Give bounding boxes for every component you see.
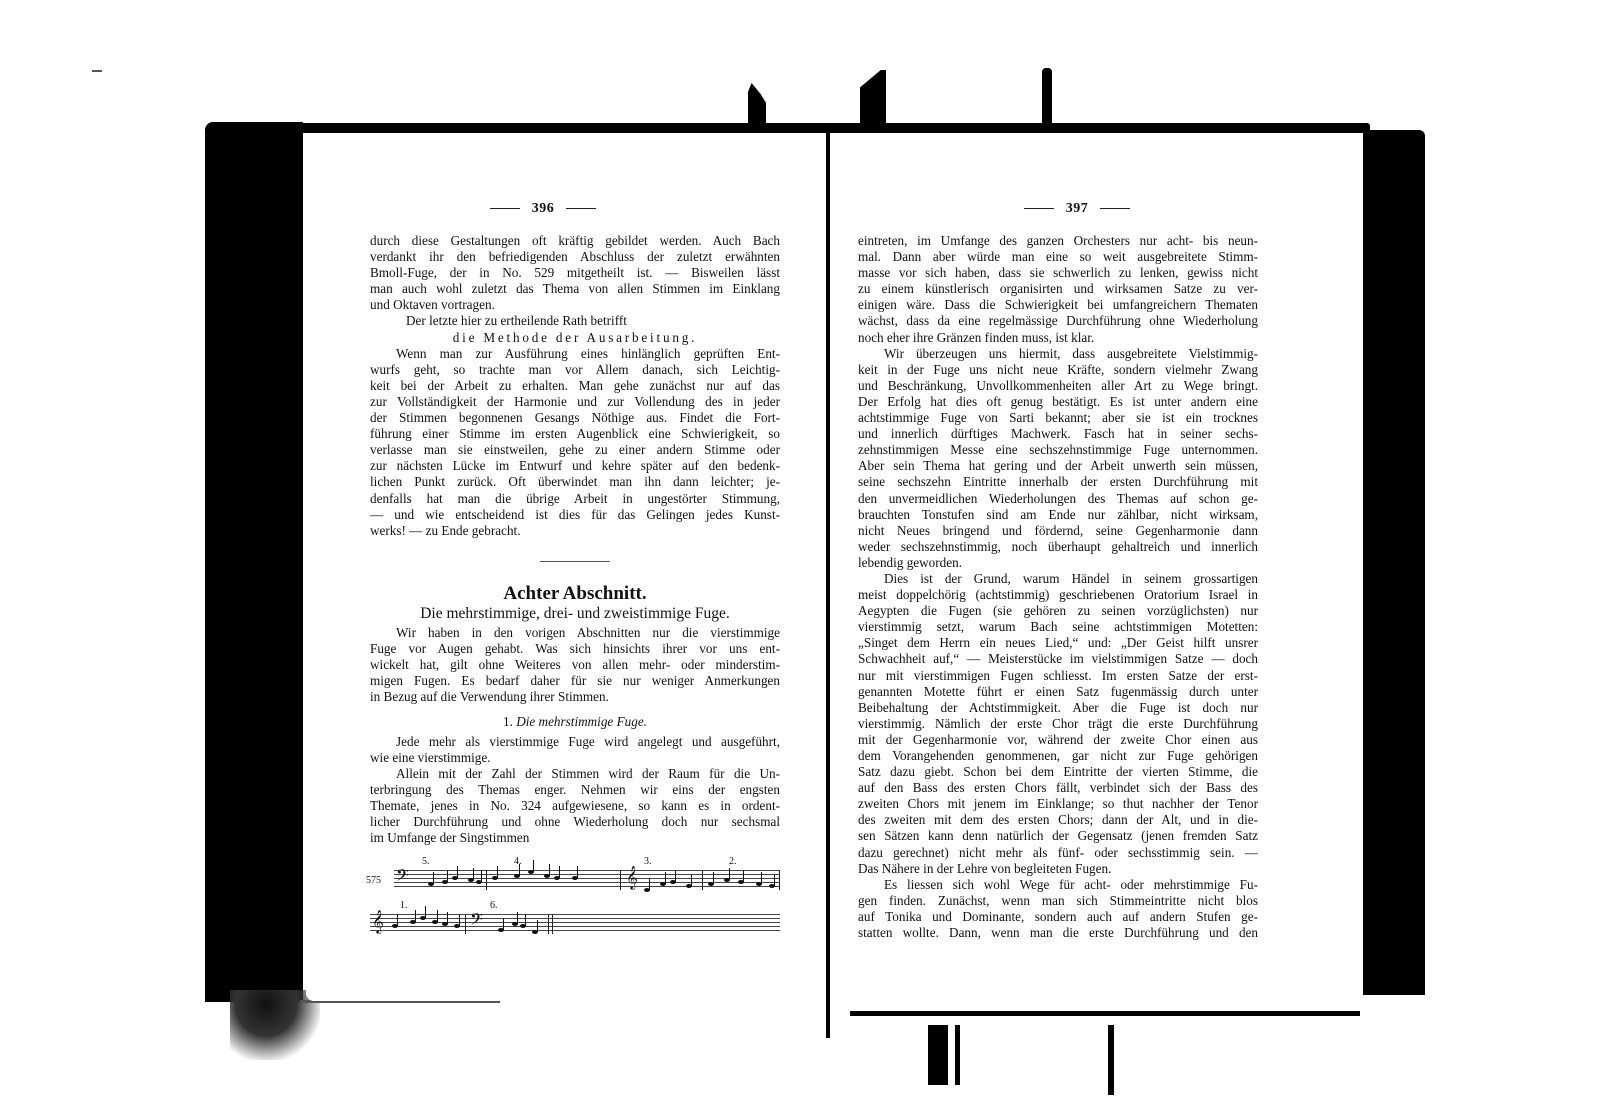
text-line: im Umfange der Singstimmen (370, 830, 780, 846)
text-line: verlasse man sie einstweilen, gehe zu ei… (370, 442, 780, 458)
text-line: weder sechszehnstimmig, noch überhaupt g… (858, 539, 1258, 555)
voice-entry-label: 6. (490, 898, 498, 914)
text-line: Schwachheit auf,“ — Meisterstücke im vie… (858, 651, 1258, 667)
note-stem (473, 868, 474, 880)
bar-line (620, 870, 621, 890)
left-page: 396 durch diese Gestaltungen oft kräftig… (306, 133, 824, 1001)
text-line: Allein mit der Zahl der Stimmen wird der… (370, 766, 780, 782)
note-stem (481, 870, 482, 882)
text-line: zur nächsten Lücke im Entwurf und kehre … (370, 458, 780, 474)
text-line: masse vor sich haben, dass sie schwerlic… (858, 265, 1258, 281)
page-number: 396 (284, 201, 802, 217)
text-line: auf Tonika und Dominante, sondern auch a… (858, 909, 1258, 925)
voice-entry-label: 1. (400, 898, 408, 914)
text-line: dem Vorangehenden genommenen, gar nicht … (858, 748, 1258, 764)
note-stem (425, 906, 426, 918)
voice-entry-label: 2. (729, 854, 737, 870)
text-line: sen Sätzen kann denn natürlich der Gegen… (858, 828, 1258, 844)
text-line: und innerlich dürftiges Machwerk. Fasch … (858, 426, 1258, 442)
paragraph: Wenn man zur Ausführung eines hinlänglic… (370, 346, 780, 539)
subsection-title: Die mehrstimmige Fuge. (516, 714, 647, 729)
text-line: der Stimmen begonnenen Gesangs Nöthige a… (370, 410, 780, 426)
text-line: Es liessen sich wohl Wege für acht- oder… (858, 877, 1258, 893)
page-clip (748, 83, 766, 127)
staff-line (394, 882, 780, 883)
note-stem (549, 864, 550, 876)
text-line: auf den Bass des ersten Chors fällt, ver… (858, 780, 1258, 796)
staff-line (394, 886, 780, 887)
book-spine (826, 133, 830, 1038)
text-line: des zweiten mit dem des ersten Chors; da… (858, 812, 1258, 828)
left-text-block: durch diese Gestaltungen oft kräftig geb… (370, 233, 780, 952)
text-line: migen Fugen. Es bedarf daher für sie nur… (370, 673, 780, 689)
section-heading: Achter Abschnitt. (370, 586, 780, 602)
note-stem (559, 866, 560, 878)
note-stem (415, 910, 416, 922)
text-line: achtstimmige Fuge von Sarti bekannt; abe… (858, 410, 1258, 426)
text-line: zur Vollständigkeit der Harmonie und zur… (370, 394, 780, 410)
staff-line (394, 870, 780, 871)
paragraph: durch diese Gestaltungen oft kräftig geb… (370, 233, 780, 313)
text-line: und Oktaven vortragen. (370, 297, 780, 313)
text-line: wächst, dass da eine regelmässige Durchf… (858, 313, 1258, 329)
text-line: nur mit vierstimmigen Fugen schliesst. I… (858, 668, 1258, 684)
subsection-heading: 1. Die mehrstimmige Fuge. (370, 714, 780, 730)
note-stem (691, 874, 692, 886)
text-line: nicht Neues bringend und fördernd, seine… (858, 523, 1258, 539)
treble-clef-icon: 𝄞 (372, 912, 384, 932)
text-line: meist doppelchörig (achtstimmig) geschri… (858, 587, 1258, 603)
note-stem (517, 912, 518, 924)
text-line: keit bei der Arbeit zu erhalten. Man geh… (370, 378, 780, 394)
staff-line (370, 918, 780, 919)
voice-entry-label: 3. (644, 854, 652, 870)
voice-entry-label: 4. (514, 854, 522, 870)
note-stem (761, 872, 762, 884)
scanned-book-spread: 396 durch diese Gestaltungen oft kräftig… (0, 0, 1600, 1108)
note-stem (519, 864, 520, 876)
text-line: dazu gerechnet) nicht mehr als fünf- ode… (858, 845, 1258, 861)
staff-line (370, 930, 780, 931)
text-line: in Bezug auf die Verwendung ihrer Stimme… (370, 689, 780, 705)
left-cover-edge (205, 122, 303, 1002)
text-line: Satz dazu giebt. Schon bei dem Eintritte… (858, 764, 1258, 780)
text-line: Bmoll-Fuge, der in No. 529 mitgetheilt i… (370, 265, 780, 281)
text-line: durch diese Gestaltungen oft kräftig geb… (370, 233, 780, 249)
text-line: mit der Gegenharmonie vor, während der z… (858, 732, 1258, 748)
text-line: Beibehaltung der Achtstimmigkeit. Aber d… (858, 700, 1258, 716)
example-number: 575 (366, 873, 381, 889)
note-stem (457, 866, 458, 878)
note-stem (433, 872, 434, 884)
note-stem (447, 870, 448, 882)
text-line: vierstimmig setzt, warum Bach seine acht… (858, 619, 1258, 635)
staff-line (370, 914, 780, 915)
text-line: eintreten, im Umfange des ganzen Orchest… (858, 233, 1258, 249)
note-stem (774, 874, 775, 886)
text-line: gen finden. Zunächst, wenn man sich Stim… (858, 893, 1258, 909)
text-line: terbringung des Themas enger. Nehmen wir… (370, 782, 780, 798)
staff-line (370, 926, 780, 927)
page-clip (860, 70, 886, 128)
text-line: licher Durchführung und ohne Wiederholun… (370, 814, 780, 830)
text-line: Wir haben in den vorigen Abschnitten nur… (370, 625, 780, 641)
page-clip (955, 1025, 960, 1085)
top-book-edge (290, 123, 1370, 133)
text-line: Aber sein Thema hat gering und der Arbei… (858, 458, 1258, 474)
paragraph: Jede mehr als vierstimmige Fuge wird ang… (370, 734, 780, 766)
right-page: 397 eintreten, im Umfange des ganzen Orc… (832, 133, 1362, 1011)
note-stem (459, 914, 460, 926)
text-line: man auch wohl zuletzt das Thema von alle… (370, 281, 780, 297)
text-line: zu einem künstlerisch organisirten und w… (858, 281, 1258, 297)
paragraph: Wir überzeugen uns hiermit, dass ausgebr… (858, 346, 1258, 571)
subsection-number: 1. (503, 714, 513, 729)
paragraph: Wir haben in den vorigen Abschnitten nur… (370, 625, 780, 705)
page-clip (928, 1025, 948, 1085)
text-line: denfalls hat man die übrige Arbeit in un… (370, 491, 780, 507)
note-stem (525, 914, 526, 926)
page-number: 397 (812, 201, 1342, 217)
text-line: und Beschränkung, Unvollkommenheiten all… (858, 378, 1258, 394)
text-line: lebendig geworden. (858, 555, 1258, 571)
text-line: wickelt hat, gilt ohne Weiteres von alle… (370, 657, 780, 673)
text-line: genannten Motette führt er einen Satz fu… (858, 684, 1258, 700)
text-line: Dies ist der Grund, warum Händel in sein… (858, 571, 1258, 587)
text-line: verdankt ihr den befriedigenden Abschlus… (370, 249, 780, 265)
page-clip (1042, 68, 1052, 128)
paragraph: Es liessen sich wohl Wege für acht- oder… (858, 877, 1258, 941)
text-line: Themate, jenes in No. 324 aufgewiesene, … (370, 798, 780, 814)
note-stem (665, 872, 666, 884)
music-staff-1: 𝄢𝄞5.4.3.2. (394, 870, 780, 890)
bass-clef-icon: 𝄢 (470, 912, 483, 932)
text-line: brauchten Tonstufen sind am Ende nur zäh… (858, 507, 1258, 523)
text-line: Fuge vor Augen gehabt. Was sich hinsicht… (370, 641, 780, 657)
text-line: Das Nähere in der Lehre von begleiteten … (858, 861, 1258, 877)
note-stem (533, 860, 534, 872)
text-line: den unvermeidlichen Wiederholungen des T… (858, 491, 1258, 507)
rath-line: Der letzte hier zu ertheilende Rath betr… (370, 313, 780, 329)
bar-line (548, 914, 553, 934)
bar-line (702, 870, 703, 890)
text-line: führung einer Stimme im ersten Augenblic… (370, 426, 780, 442)
paragraph: Allein mit der Zahl der Stimmen wird der… (370, 766, 780, 846)
bar-line (486, 870, 487, 890)
text-line: wie eine vierstimmige. (370, 750, 780, 766)
bar-line (465, 914, 466, 934)
treble-clef-icon: 𝄞 (626, 868, 638, 888)
text-line: Aegypten die Fugen (sie gehören zu seine… (858, 603, 1258, 619)
text-line: einigen wäre. Dass die Schwierigkeit bei… (858, 297, 1258, 313)
text-line: Wenn man zur Ausführung eines hinlänglic… (370, 346, 780, 362)
bass-clef-icon: 𝄢 (396, 868, 409, 888)
note-stem (447, 912, 448, 924)
right-cover-edge (1363, 130, 1425, 995)
note-stem (713, 872, 714, 884)
text-line: Der Erfolg hat dies oft genug bestätigt.… (858, 394, 1258, 410)
text-line: vierstimmig. Nämlich der erste Chor träg… (858, 716, 1258, 732)
text-line: seine sechszehn Eintritte innerhalb der … (858, 474, 1258, 490)
rath-emphasis: die Methode der Ausarbeitung. (370, 330, 780, 346)
text-line: statten wollte. Dann, wenn man die erste… (858, 925, 1258, 941)
staff-line (394, 874, 780, 875)
note-stem (537, 920, 538, 932)
note-stem (649, 878, 650, 890)
text-line: zehnstimmigen Messe eine sechszehnstimmi… (858, 442, 1258, 458)
section-divider (540, 561, 610, 562)
right-text-block: eintreten, im Umfange des ganzen Orchest… (858, 233, 1258, 941)
text-line: lichen Punkt zurück. Oft überwindet man … (370, 474, 780, 490)
note-stem (397, 914, 398, 926)
text-line: zweiten Chors mit jenem im Einklange; so… (858, 796, 1258, 812)
note-stem (729, 868, 730, 880)
text-line: Wir überzeugen uns hiermit, dass ausgebr… (858, 346, 1258, 362)
page-clip (1108, 1025, 1114, 1095)
text-line: mal. Dann aber würde man eine so weit au… (858, 249, 1258, 265)
paragraph: eintreten, im Umfange des ganzen Orchest… (858, 233, 1258, 346)
text-line: keit in der Fuge uns nicht neue Kräfte, … (858, 362, 1258, 378)
bar-line (779, 870, 780, 890)
text-line: — und wie entscheidend ist dies für das … (370, 507, 780, 523)
text-line: wurfs geht, so trachte man vor Allem dan… (370, 362, 780, 378)
paragraph: Dies ist der Grund, warum Händel in sein… (858, 571, 1258, 877)
note-stem (497, 866, 498, 878)
note-stem (437, 910, 438, 922)
note-stem (743, 870, 744, 882)
scan-speck (92, 70, 102, 72)
text-line: Jede mehr als vierstimmige Fuge wird ang… (370, 734, 780, 750)
text-line: werks! — zu Ende gebracht. (370, 523, 780, 539)
voice-entry-label: 5. (422, 854, 430, 870)
music-example: 575 𝄢𝄞5.4.3.2. 𝄞𝄢1.6. (370, 852, 780, 952)
section-subheading: Die mehrstimmige, drei- und zweistimmige… (370, 606, 780, 622)
note-stem (675, 870, 676, 882)
text-line: noch eher ihre Gränzen finden muss, ist … (858, 330, 1258, 346)
text-line: „Singet dem Herrn ein neues Lied,“ und: … (858, 635, 1258, 651)
note-stem (577, 866, 578, 878)
music-staff-2: 𝄞𝄢1.6. (370, 914, 780, 934)
note-stem (503, 918, 504, 930)
